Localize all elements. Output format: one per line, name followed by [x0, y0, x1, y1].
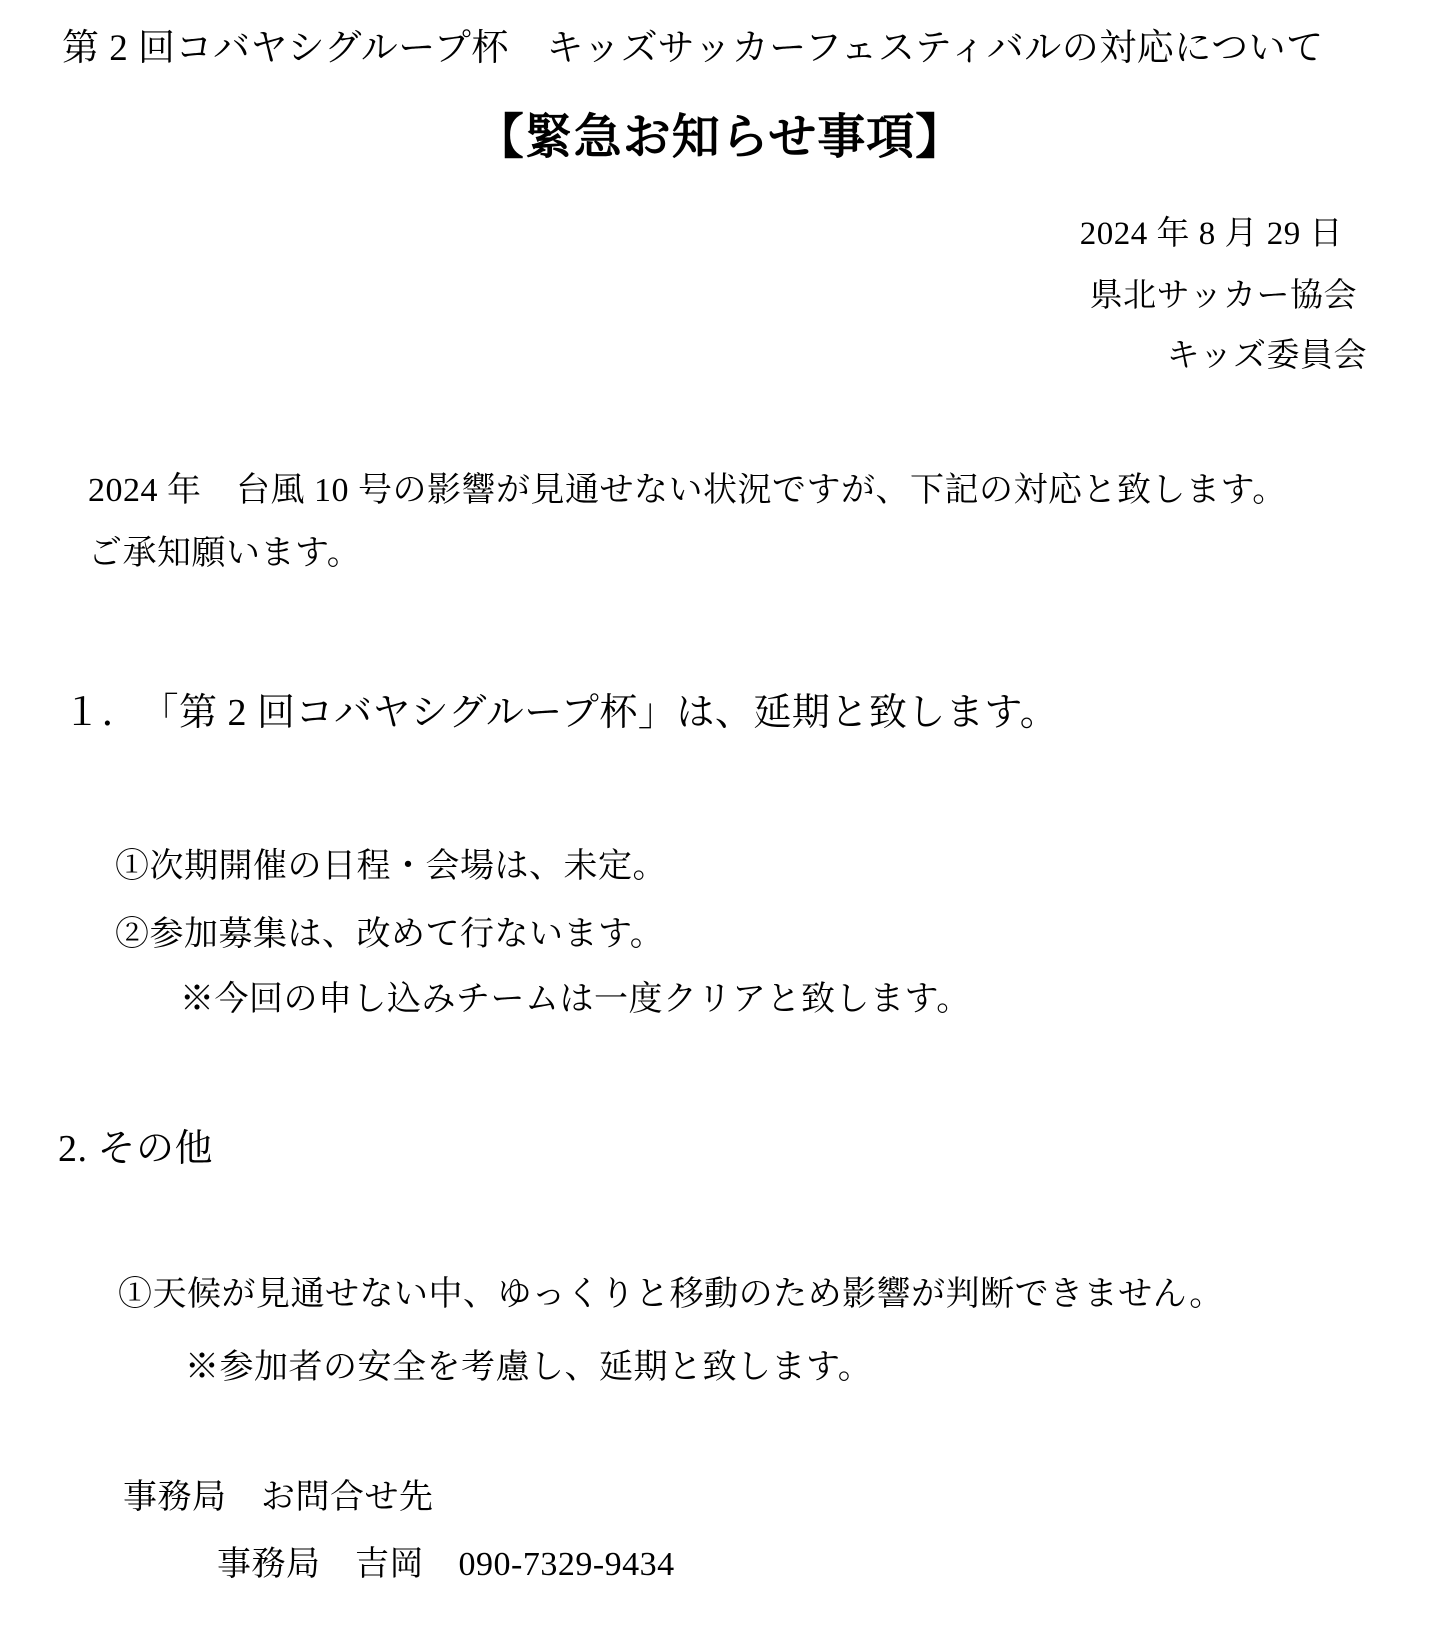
date-line: 2024 年 8 月 29 日 — [1080, 214, 1343, 255]
section-1-item-1: ①次期開催の日程・会場は、未定。 — [115, 846, 667, 889]
organization-line: 県北サッカー協会 — [1090, 276, 1357, 317]
intro-line-2: ご承知願います。 — [88, 533, 361, 576]
section-1-item-2: ②参加募集は、改めて行ないます。 — [115, 914, 664, 957]
section-1-heading: １． 「第 2 回コバヤシグループ杯」は、延期と致します。 — [63, 690, 1058, 738]
section-2-note: ※参加者の安全を考慮し、延期と致します。 — [185, 1347, 872, 1390]
section-2-item-1: ①天候が見通せない中、ゆっくりと移動のため影響が判断できません。 — [118, 1274, 1224, 1317]
section-2-heading: 2. その他 — [58, 1126, 213, 1174]
document-page: 第 2 回コバヤシグループ杯 キッズサッカーフェスティバルの対応について 【緊急… — [0, 0, 1440, 1630]
section-1-note: ※今回の申し込みチームは一度クリアと致します。 — [180, 979, 971, 1022]
intro-line-1: 2024 年 台風 10 号の影響が見通せない状況ですが、下記の対応と致します。 — [88, 470, 1287, 513]
notice-heading: 【緊急お知らせ事項】 — [0, 108, 1440, 168]
contact-heading: 事務局 お問合せ先 — [123, 1477, 434, 1520]
contact-detail: 事務局 吉岡 090-7329-9434 — [217, 1544, 675, 1587]
committee-line: キッズ委員会 — [1167, 336, 1367, 377]
document-title: 第 2 回コバヤシグループ杯 キッズサッカーフェスティバルの対応について — [62, 26, 1324, 72]
